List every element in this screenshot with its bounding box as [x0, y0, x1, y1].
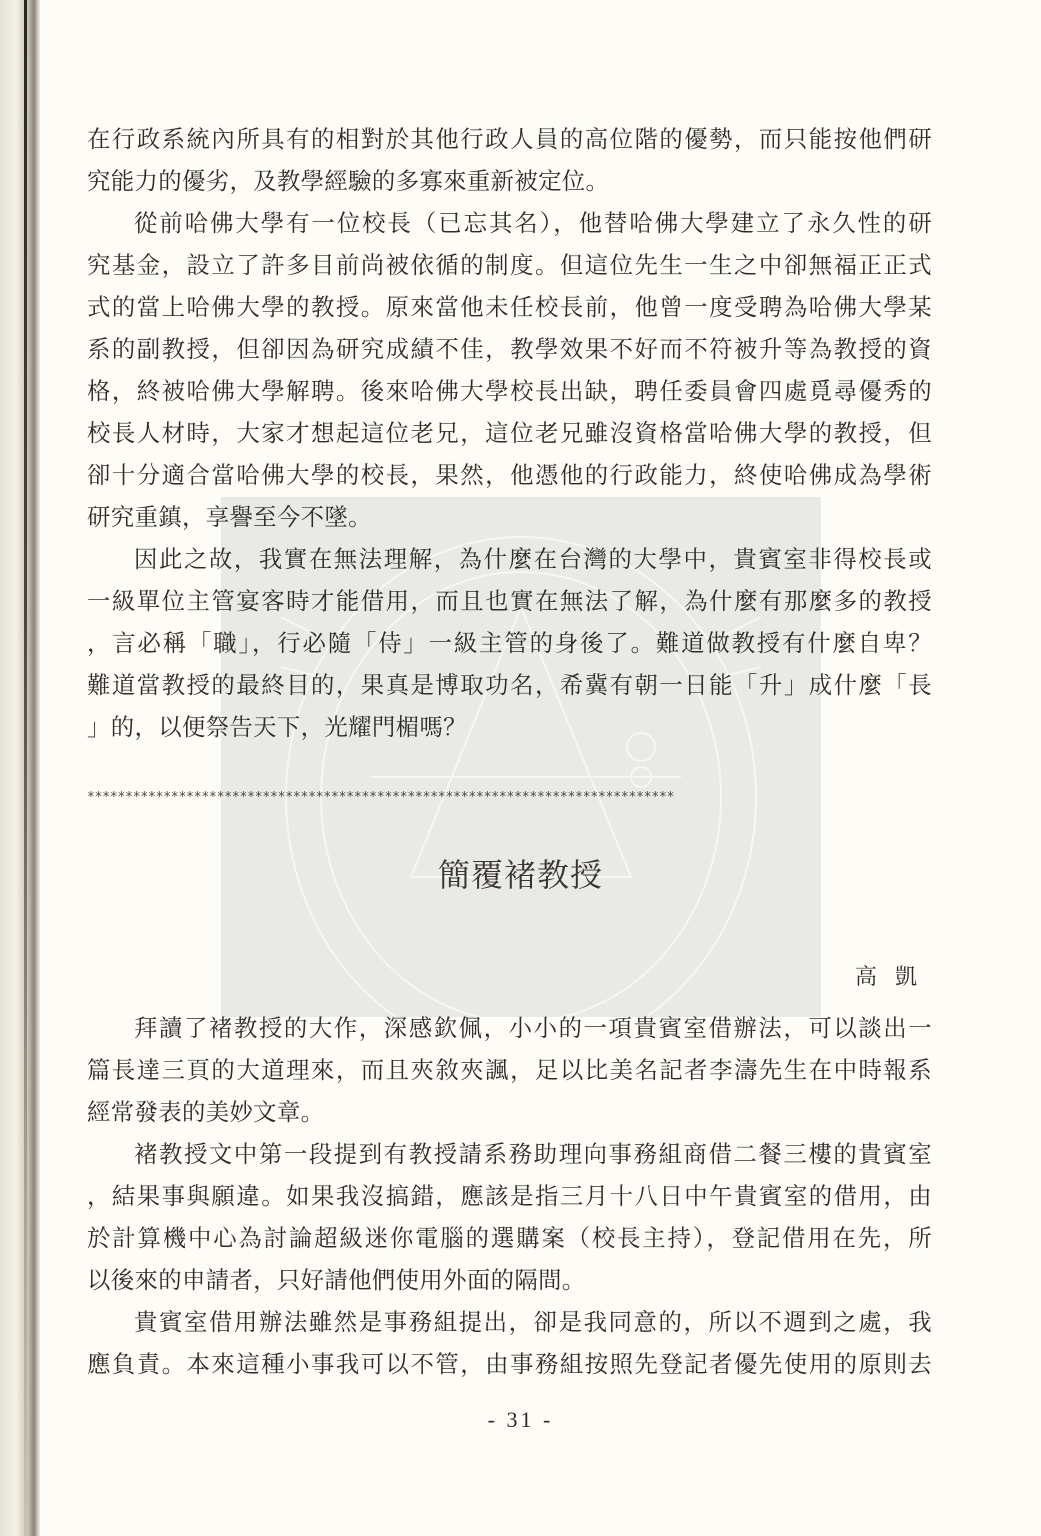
text-line: 」的，以便祭告天下，光耀門楣嗎？ [87, 709, 932, 745]
text-line: 卻十分適合當哈佛大學的校長，果然，他憑他的行政能力，終使哈佛成為學術 [87, 457, 932, 493]
text-line: 校長人材時，大家才想起這位老兄，這位老兄雖沒資格當哈佛大學的教授，但 [87, 415, 932, 451]
text-line: 因此之故，我實在無法理解，為什麼在台灣的大學中，貴賓室非得校長或 [87, 541, 932, 577]
text-line: 篇長達三頁的大道理來，而且夾敘夾諷，足以比美名記者李濤先生在中時報系 [87, 1052, 932, 1088]
text-line: 式的當上哈佛大學的教授。原來當他未任校長前，他曾一度受聘為哈佛大學某 [87, 289, 932, 325]
asterisk-divider: ****************************************… [87, 788, 932, 808]
text-line: 從前哈佛大學有一位校長（已忘其名），他替哈佛大學建立了永久性的研 [87, 205, 932, 241]
text-line: 褚教授文中第一段提到有教授請系務助理向事務組商借二餐三樓的貴賓室 [87, 1136, 932, 1172]
text-line: 經常發表的美妙文章。 [87, 1094, 932, 1130]
page-number: - 31 - [0, 1405, 1041, 1435]
text-line: 系的副教授，但卻因為研究成績不佳，教學效果不好而不符被升等為教授的資 [87, 331, 932, 367]
text-line: 一級單位主管宴客時才能借用，而且也實在無法了解，為什麼有那麼多的教授 [87, 583, 932, 619]
text-line: 在行政系統內所具有的相對於其他行政人員的高位階的優勢，而只能按他們研 [87, 121, 932, 157]
article-title: 簡覆褚教授 [0, 850, 1041, 900]
book-spine-shadow [0, 0, 40, 1536]
text-line: ，言必稱「職」，行必隨「侍」一級主管的身後了。難道做教授有什麼自卑？ [87, 625, 932, 661]
text-line: 拜讀了褚教授的大作，深感欽佩，小小的一項貴賓室借辦法，可以談出一 [87, 1010, 932, 1046]
text-line: 於計算機中心為討論超級迷你電腦的選購案（校長主持），登記借用在先，所 [87, 1220, 932, 1256]
text-line: 應負責。本來這種小事我可以不管，由事務組按照先登記者優先使用的原則去 [87, 1346, 932, 1382]
text-line: 究能力的優劣，及教學經驗的多寡來重新被定位。 [87, 163, 932, 199]
text-line: 以後來的申請者，只好請他們使用外面的隔間。 [87, 1262, 932, 1298]
text-line: ，結果事與願違。如果我沒搞錯，應該是指三月十八日中午貴賓室的借用，由 [87, 1178, 932, 1214]
article-author: 高凱 [855, 960, 935, 996]
text-line: 難道當教授的最終目的，果真是博取功名，希冀有朝一日能「升」成什麼「長 [87, 667, 932, 703]
text-line: 格，終被哈佛大學解聘。後來哈佛大學校長出缺，聘任委員會四處覓尋優秀的 [87, 373, 932, 409]
text-line: 貴賓室借用辦法雖然是事務組提出，卻是我同意的，所以不週到之處，我 [87, 1304, 932, 1340]
text-line: 究基金，設立了許多目前尚被依循的制度。但這位先生一生之中卻無福正正式 [87, 247, 932, 283]
text-line: 研究重鎮，享譽至今不墜。 [87, 499, 932, 535]
book-gutter-line [24, 0, 27, 1536]
